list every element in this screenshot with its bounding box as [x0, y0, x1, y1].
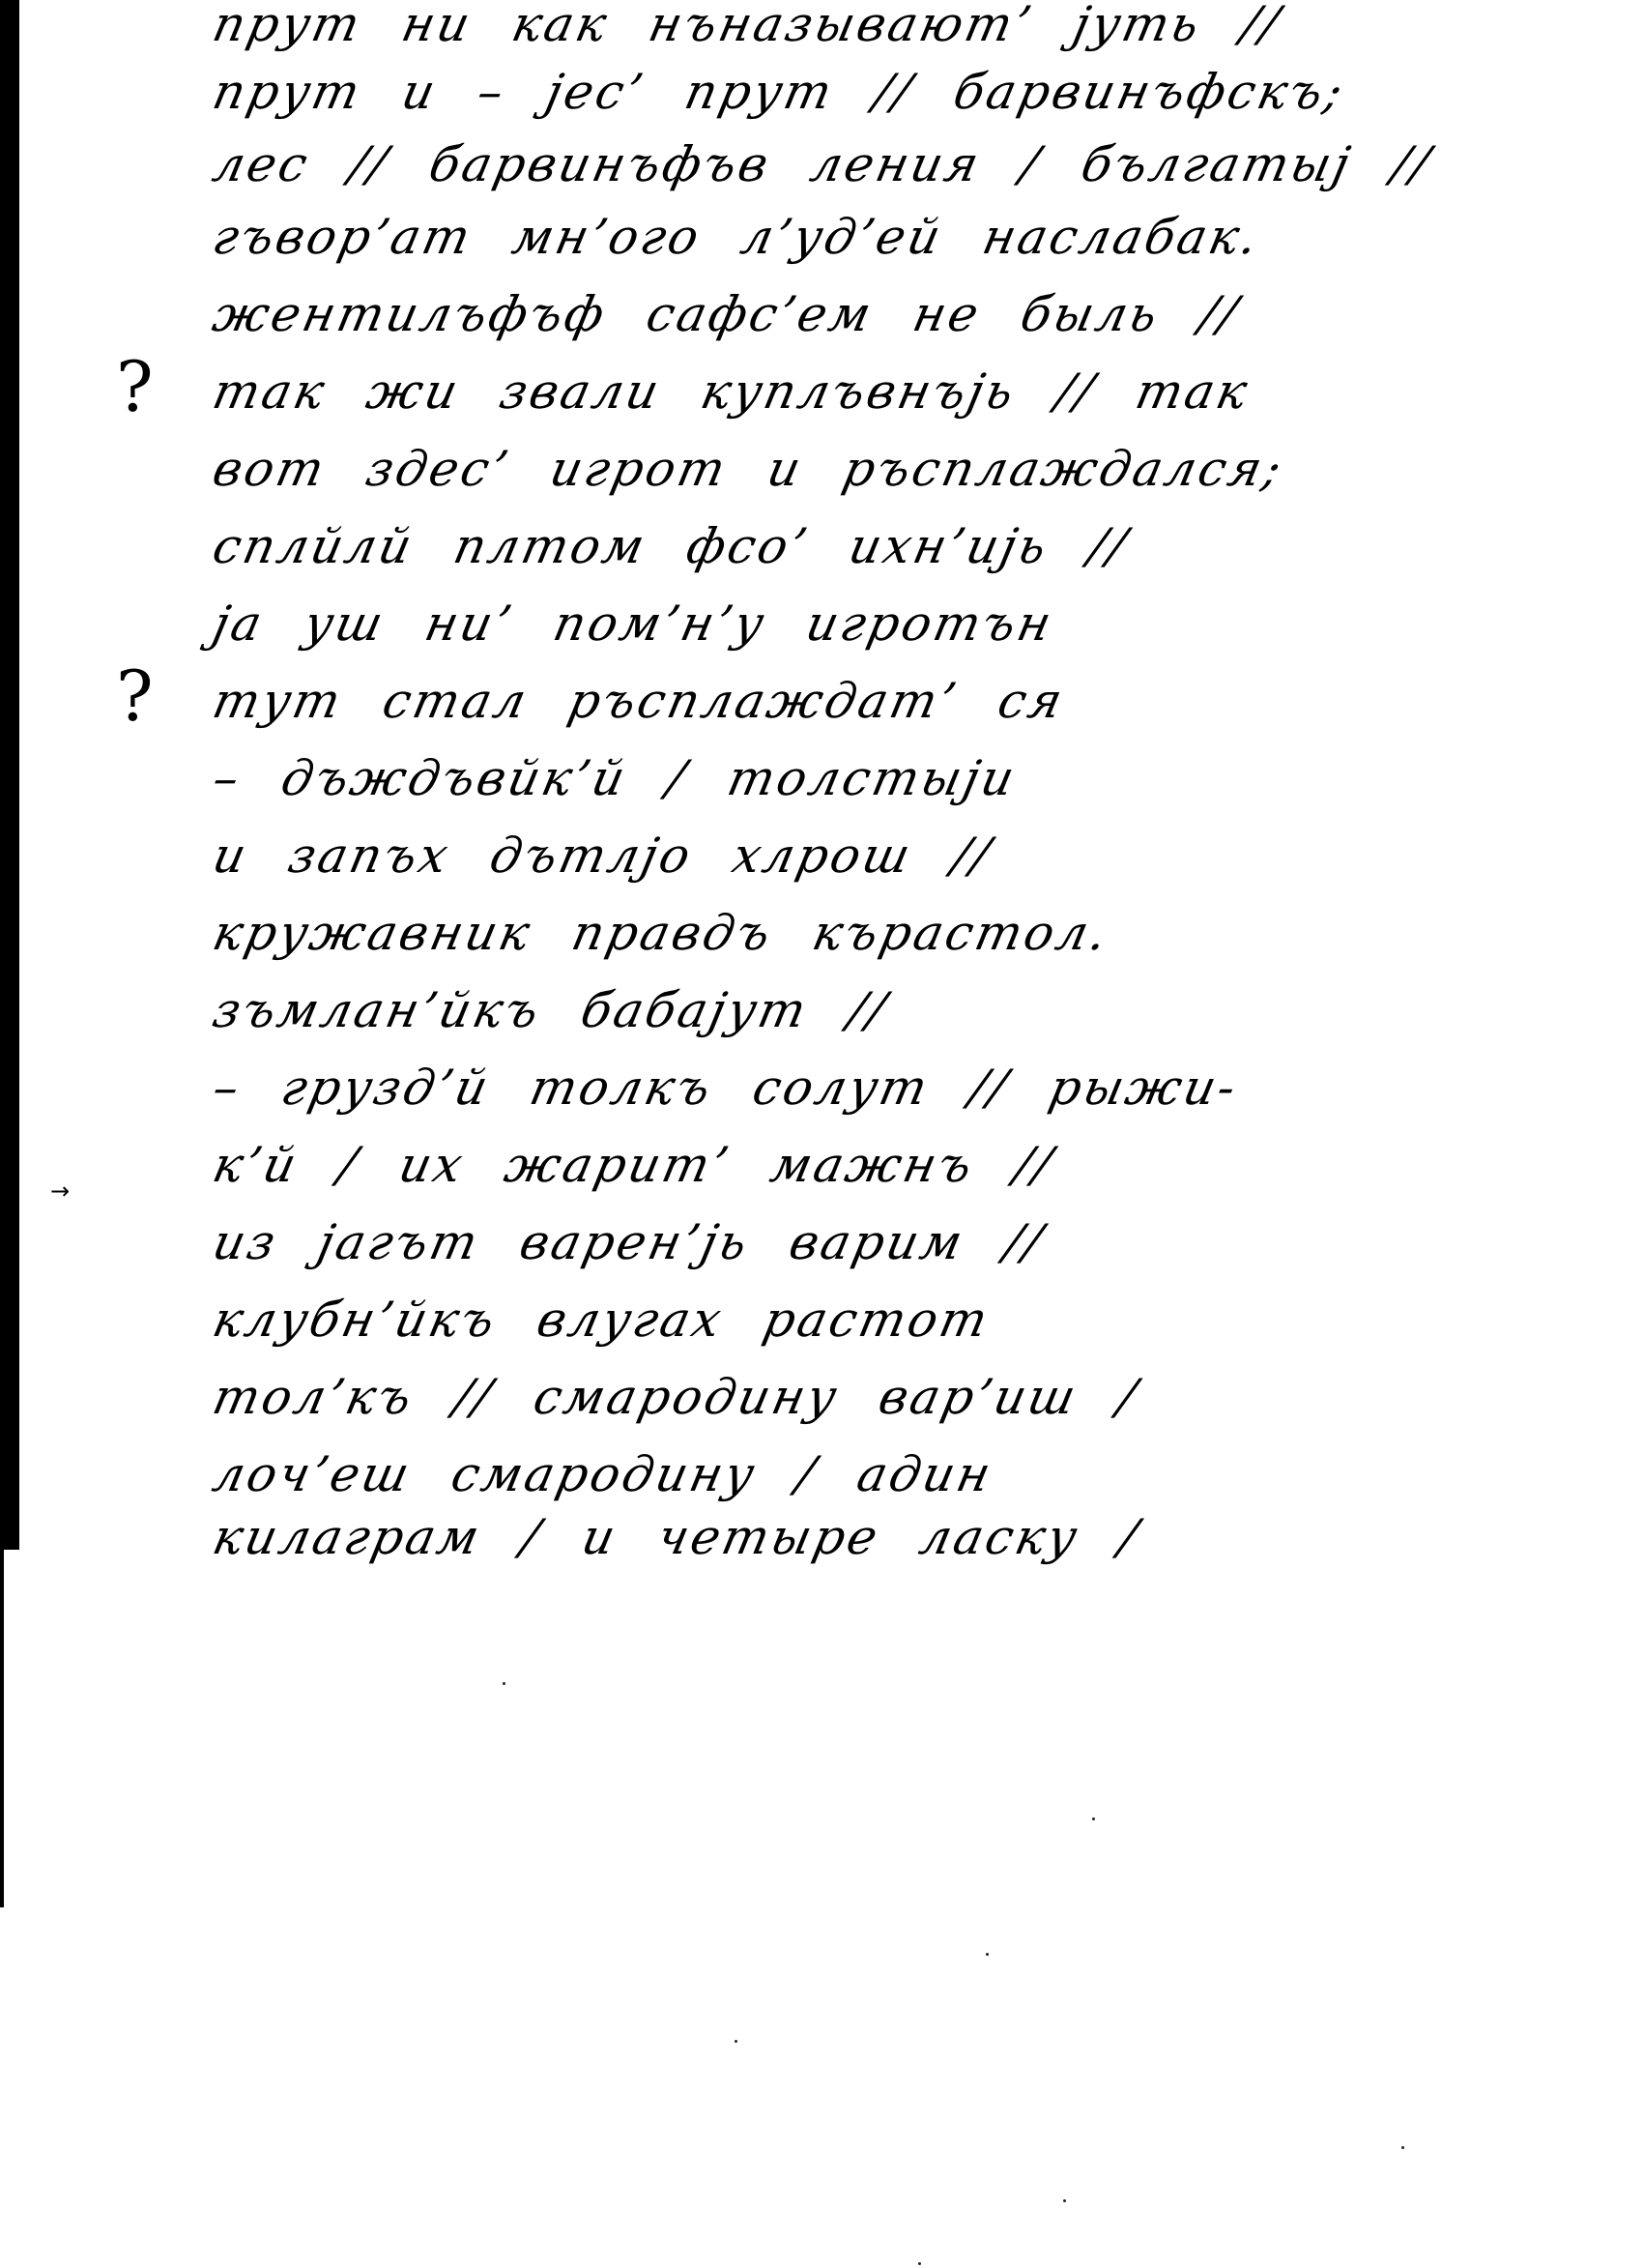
scan-speck — [986, 1953, 989, 1956]
scan-speck — [503, 1682, 505, 1685]
text-line: килаграм / и четыре ласку / — [208, 1508, 1145, 1566]
margin-arrow-icon: → — [50, 1178, 70, 1205]
text-line: к’й / их жарит’ мажнъ // — [208, 1136, 1060, 1194]
text-line: лес // барвинъфъв ления / бългатыj // — [208, 135, 1437, 193]
text-line: сплйлй плтом фсо’ ихн’иjь // — [208, 517, 1135, 575]
text-line: прут и – jес’ прут // барвинъфскъ; — [208, 63, 1350, 121]
scan-speck — [1063, 2199, 1066, 2202]
scan-edge-shadow — [0, 0, 19, 1550]
text-line: так жи звали куплъвнъjь // так — [208, 363, 1255, 421]
text-line: гъвор’ат мн’ого л’уд’ей наслабак. — [208, 208, 1266, 266]
text-line: тут стал ръсплаждат’ ся — [208, 672, 1070, 730]
text-line: жентилъфъф сафс’ем не быль // — [208, 285, 1245, 343]
text-line: тол’къ // смародину вар’иш / — [208, 1368, 1144, 1426]
text-line: вот здес’ игрот и ръсплаждался; — [208, 440, 1289, 498]
text-line: – грузд’й толкъ солут // рыжи- — [208, 1059, 1244, 1117]
scan-speck — [1092, 1817, 1095, 1820]
margin-question-mark: ? — [116, 348, 154, 425]
text-line: – дъждъвйк’й / толстыjи — [208, 749, 1023, 807]
text-line: и запъх дътлjо хлрош // — [208, 827, 997, 885]
text-line: клубн’йкъ влугах растот — [208, 1291, 995, 1349]
margin-question-mark: ? — [116, 657, 154, 735]
scan-speck — [918, 2262, 921, 2265]
text-line: зъмлан’йкъ бабаjут // — [208, 981, 894, 1039]
scanned-page: ? ? → прут ни как нъназывают’ jуть // пр… — [0, 0, 1643, 2268]
text-line: кружавник правдъ кърастол. — [208, 904, 1115, 962]
text-line: лоч’еш смародину / адин — [208, 1445, 998, 1503]
scan-speck — [1401, 2146, 1404, 2149]
scan-speck — [735, 2040, 737, 2043]
text-line: прут ни как нъназывают’ jуть // — [208, 0, 1287, 53]
text-line: из jагът варен’jь варим // — [208, 1213, 1050, 1271]
scan-edge-line — [0, 1550, 4, 1907]
text-line: jа уш ни’ пом’н’у игротън — [208, 595, 1059, 653]
